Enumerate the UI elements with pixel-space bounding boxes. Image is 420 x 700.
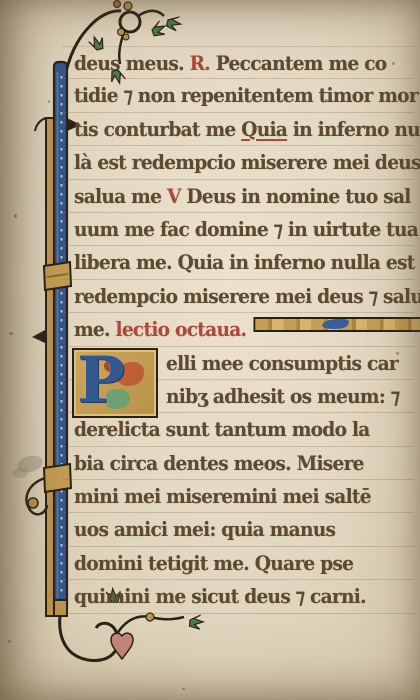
text-line: tis conturbat me Quia in inferno nul <box>62 113 414 146</box>
responsory-mark: R. <box>190 51 216 75</box>
text-segment: tis conturbat me <box>74 117 241 141</box>
text-segment: uum me fac domine ⁊ in uirtute tua <box>74 217 418 241</box>
text-segment: domini tetigit me. Quare pse <box>74 551 353 575</box>
text-line: deus meus. R. Peccantem me co <box>62 46 414 79</box>
text-line: mini mei miseremini mei saltē <box>62 480 414 513</box>
rubric-heading: lectio octaua. <box>116 317 247 341</box>
text-segment: redempcio miserere mei deus ⁊ salua <box>74 284 420 308</box>
text-segment: derelicta sunt tantum modo la <box>74 417 370 441</box>
dragon-icon <box>321 319 350 329</box>
text-line: salua me V Deus in nomine tuo sal <box>62 180 414 213</box>
text-segment: Peccantem me co <box>216 51 387 75</box>
text-segment: Deus in nomine tuo sal <box>186 184 410 208</box>
manuscript-page: P deus meus. R. Peccantem me co tidie ⁊ … <box>0 0 420 700</box>
text-segment: uos amici mei: quia manus <box>74 517 335 541</box>
text-segment: libera me. Quia in inferno nulla est <box>74 250 415 274</box>
text-line: tidie ⁊ non repenitentem timor mor <box>62 79 414 112</box>
underlined-word: Quia <box>241 117 287 141</box>
text-line: quimini me sicut deus ⁊ carni. <box>62 580 414 613</box>
text-line: me. lectio octaua. <box>62 313 414 346</box>
initial-letter-P: P <box>77 344 125 418</box>
text-line: libera me. Quia in inferno nulla est <box>62 246 414 279</box>
line-filler-ornament <box>254 317 420 332</box>
text-block: deus meus. R. Peccantem me co tidie ⁊ no… <box>62 46 414 614</box>
text-segment: mini mei miseremini mei saltē <box>74 484 371 508</box>
text-segment: quimini me sicut deus ⁊ carni. <box>74 584 366 608</box>
text-segment: salua me <box>74 184 167 208</box>
text-line: bia circa dentes meos. Misere <box>62 447 414 480</box>
ink-smudge <box>12 468 28 478</box>
text-line: domini tetigit me. Quare pse <box>62 547 414 580</box>
text-segment: in inferno nul <box>287 117 420 141</box>
text-segment: tidie ⁊ non repenitentem timor mor <box>74 83 418 107</box>
text-segment: elli mee consumptis car <box>166 351 398 375</box>
versicle-mark: V <box>167 184 186 208</box>
text-segment: deus meus. <box>74 51 190 75</box>
text-line: uum me fac domine ⁊ in uirtute tua <box>62 213 414 246</box>
text-line: uos amici mei: quia manus <box>62 513 414 546</box>
text-segment: bia circa dentes meos. Misere <box>74 451 364 475</box>
text-segment: là est redempcio miserere mei deus et <box>74 150 420 174</box>
text-line: là est redempcio miserere mei deus et <box>62 146 414 179</box>
text-line: redempcio miserere mei deus ⁊ salua <box>62 280 414 313</box>
text-segment: nibʒ adhesit os meum: ⁊ <box>166 384 399 408</box>
illuminated-initial: P <box>72 348 158 418</box>
text-segment: me. <box>74 317 116 341</box>
text-line: derelicta sunt tantum modo la <box>62 413 414 446</box>
